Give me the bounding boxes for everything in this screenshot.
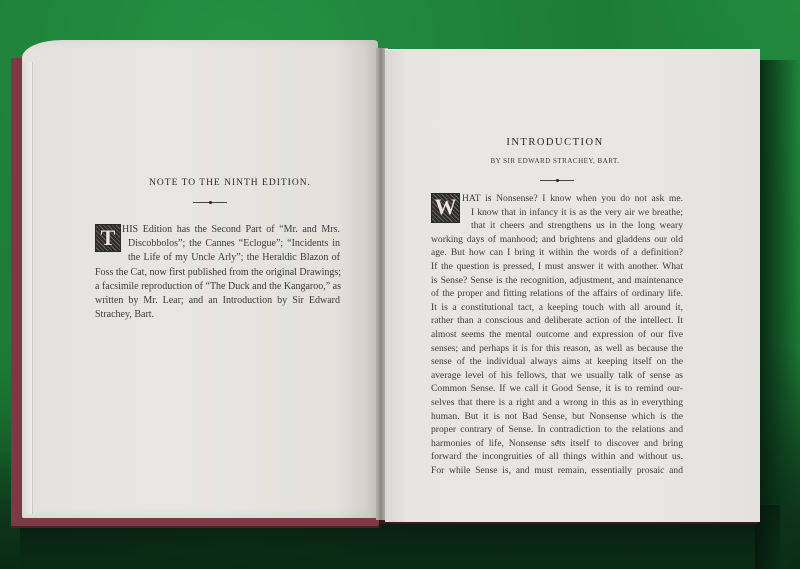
left-page-edge: [22, 62, 33, 514]
text-line: sense of the individual always aims at k…: [431, 355, 683, 369]
text-line: human. But it is not Bad Sense, but Nons…: [431, 410, 683, 424]
text-line: HIS Edition has the Second Part of “Mr. …: [95, 223, 340, 237]
text-line: average level of his fellows, that we us…: [431, 369, 683, 383]
text-line: Common Sense. If we call it Good Sense, …: [431, 382, 683, 396]
right-page-subheading: BY SIR EDWARD STRACHEY, BART.: [445, 157, 665, 165]
text-line: HAT is Nonsense? I know when you do not …: [431, 192, 683, 206]
left-page-heading: NOTE TO THE NINTH EDITION.: [110, 178, 350, 188]
text-line: It is a constitutional tact, a keeping t…: [431, 301, 683, 315]
text-line: working days of manhood; and brightens a…: [431, 233, 683, 247]
text-line: selves that there is a right and a wrong…: [431, 396, 683, 410]
text-line: Strachey, Bart.: [95, 308, 340, 322]
text-line: rather than a conscious and deliberate a…: [431, 314, 683, 328]
text-line: Discobbolos”; the Cannes “Eclogue”; “Inc…: [95, 237, 340, 251]
text-line: For while Sense is, and must remain, ess…: [431, 464, 683, 478]
text-line: written by Mr. Lear; and an Introduction…: [95, 294, 340, 308]
right-page-heading: INTRODUCTION: [445, 137, 665, 148]
left-page-body: HIS Edition has the Second Part of “Mr. …: [95, 223, 340, 322]
text-line: If the question is pressed, I must answe…: [431, 260, 683, 274]
text-line: harmonies of life, Nonsense sets itself …: [431, 437, 683, 451]
text-line: proper contrary of Sense. In contradicti…: [431, 423, 683, 437]
signature-mark: [557, 440, 559, 442]
right-page-ornament: [540, 180, 574, 181]
left-page-ornament: [193, 202, 227, 203]
text-line: senses; and perhaps it is for this reaso…: [431, 342, 683, 356]
text-line: of the proper and fitting relations of t…: [431, 287, 683, 301]
text-line: is Sense? Sense is the recognition, adju…: [431, 274, 683, 288]
text-line: age. But how can I bring it within the w…: [431, 246, 683, 260]
text-line: the Life of my Uncle Arly”; the Heraldic…: [95, 251, 340, 265]
text-line: almost seems the mental outcome and expr…: [431, 328, 683, 342]
right-page-body: HAT is Nonsense? I know when you do not …: [431, 192, 683, 477]
felt-shadow-right: [755, 60, 800, 569]
text-line: a facsimile reproduction of “The Duck an…: [95, 280, 340, 294]
text-line: forward the incongruities of all things …: [431, 450, 683, 464]
text-line: that it cheers and strengthens us in the…: [431, 219, 683, 233]
text-line: I know that in infancy it is as the very…: [431, 206, 683, 220]
text-line: Foss the Cat, now first published from t…: [95, 266, 340, 280]
